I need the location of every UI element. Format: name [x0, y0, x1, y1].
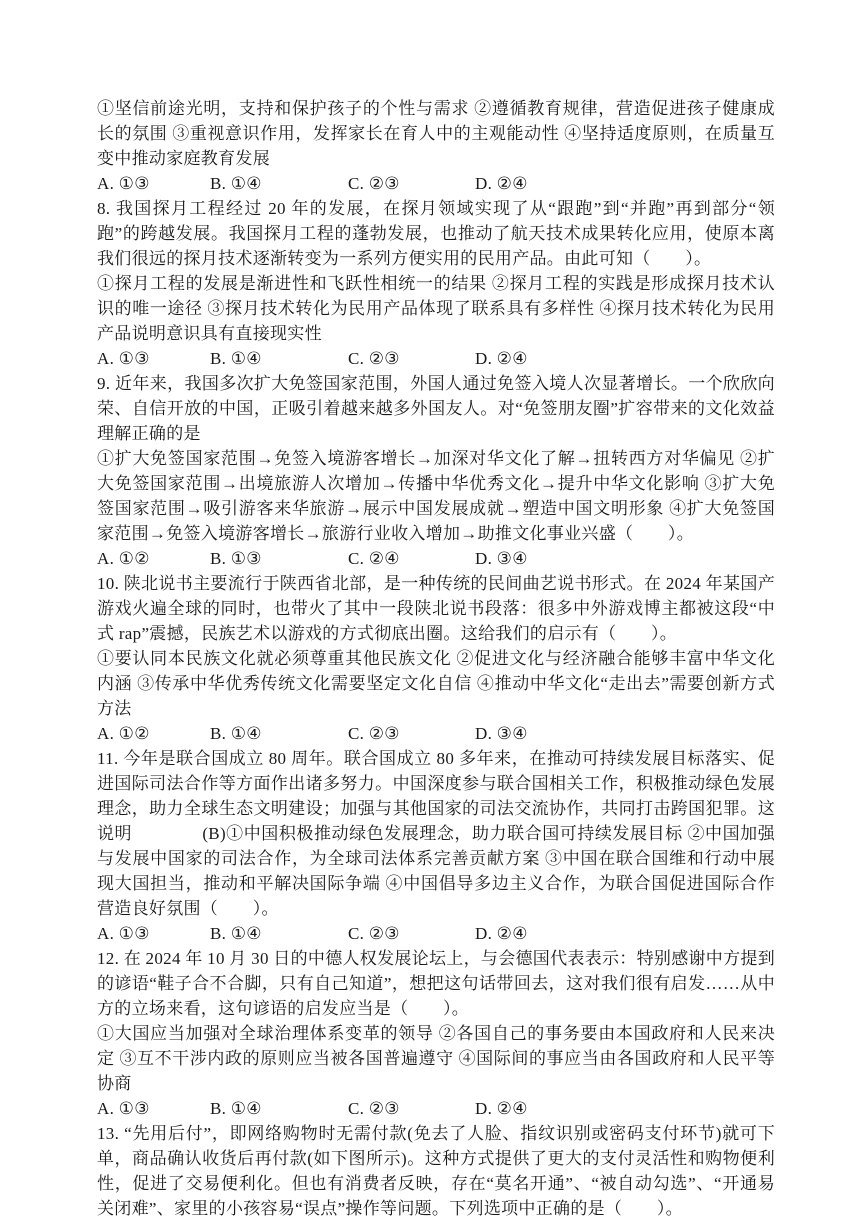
question-12-paragraph-2: ①大国应当加强对全球治理体系变革的领导 ②各国自己的事务要由本国政府和人民来决定… — [97, 1021, 775, 1096]
question-11-paragraph-1: 11. 今年是联合国成立 80 周年。联合国成立 80 多年来，在推动可持续发展… — [97, 746, 775, 921]
question-7-option-c: C. ②③ — [348, 171, 475, 196]
question-10-paragraph-2: ①要认同本民族文化就必须尊重其他民族文化 ②促进文化与经济融合能够丰富中华文化内… — [97, 646, 775, 721]
question-12-option-a: A. ①③ — [97, 1096, 210, 1121]
question-10-paragraph-1: 10. 陕北说书主要流行于陕西省北部，是一种传统的民间曲艺说书形式。在 2024… — [97, 571, 775, 646]
question-9-paragraph-1: 9. 近年来，我国多次扩大免签国家范围，外国人通过免签入境人次显著增长。一个欣欣… — [97, 371, 775, 446]
question-12-options-row: A. ①③B. ①④C. ②③D. ②④ — [97, 1096, 775, 1121]
question-9-option-b: B. ①③ — [210, 546, 348, 571]
exam-page: ①坚信前途光明，支持和保护孩子的个性与需求 ②遵循教育规律，营造促进孩子健康成长… — [0, 0, 868, 1227]
question-11-options-row: A. ①③B. ①④C. ②③D. ②④ — [97, 921, 775, 946]
question-8-paragraph-1: 8. 我国探月工程经过 20 年的发展，在探月领域实现了从“跟跑”到“并跑”再到… — [97, 196, 775, 271]
question-8-option-c: C. ②③ — [348, 346, 475, 371]
question-11-option-a: A. ①③ — [97, 921, 210, 946]
question-11-option-d: D. ②④ — [475, 921, 775, 946]
question-10-option-b: B. ①④ — [210, 721, 348, 746]
question-8-paragraph-2: ①探月工程的发展是渐进性和飞跃性相统一的结果 ②探月工程的实践是形成探月技术认识… — [97, 271, 775, 346]
question-10-option-d: D. ③④ — [475, 721, 775, 746]
question-7-option-a: A. ①③ — [97, 171, 210, 196]
question-9-option-d: D. ③④ — [475, 546, 775, 571]
question-8-option-b: B. ①④ — [210, 346, 348, 371]
question-9-option-c: C. ②④ — [348, 546, 475, 571]
question-12-option-c: C. ②③ — [348, 1096, 475, 1121]
question-7-options-row: A. ①③B. ①④C. ②③D. ②④ — [97, 171, 775, 196]
question-7-option-b: B. ①④ — [210, 171, 348, 196]
question-9-paragraph-2: ①扩大免签国家范围→免签入境游客增长→加深对华文化了解→扭转西方对华偏见 ②扩大… — [97, 446, 775, 546]
question-10-option-a: A. ①② — [97, 721, 210, 746]
question-8-option-a: A. ①③ — [97, 346, 210, 371]
question-11-option-b: B. ①④ — [210, 921, 348, 946]
question-7-paragraph-1: ①坚信前途光明，支持和保护孩子的个性与需求 ②遵循教育规律，营造促进孩子健康成长… — [97, 96, 775, 171]
question-9-option-a: A. ①② — [97, 546, 210, 571]
question-13-paragraph-1: 13. “先用后付”，即网络购物时无需付款(免去了人脸、指纹识别或密码支付环节)… — [97, 1121, 775, 1221]
question-12-paragraph-1: 12. 在 2024 年 10 月 30 日的中德人权发展论坛上，与会德国代表表… — [97, 946, 775, 1021]
question-8-options-row: A. ①③B. ①④C. ②③D. ②④ — [97, 346, 775, 371]
question-10-option-c: C. ②③ — [348, 721, 475, 746]
question-8-option-d: D. ②④ — [475, 346, 775, 371]
question-12-option-b: B. ①④ — [210, 1096, 348, 1121]
question-10-options-row: A. ①②B. ①④C. ②③D. ③④ — [97, 721, 775, 746]
question-12-option-d: D. ②④ — [475, 1096, 775, 1121]
exam-content: ①坚信前途光明，支持和保护孩子的个性与需求 ②遵循教育规律，营造促进孩子健康成长… — [97, 96, 775, 1221]
question-9-options-row: A. ①②B. ①③C. ②④D. ③④ — [97, 546, 775, 571]
question-7-option-d: D. ②④ — [475, 171, 775, 196]
question-11-option-c: C. ②③ — [348, 921, 475, 946]
